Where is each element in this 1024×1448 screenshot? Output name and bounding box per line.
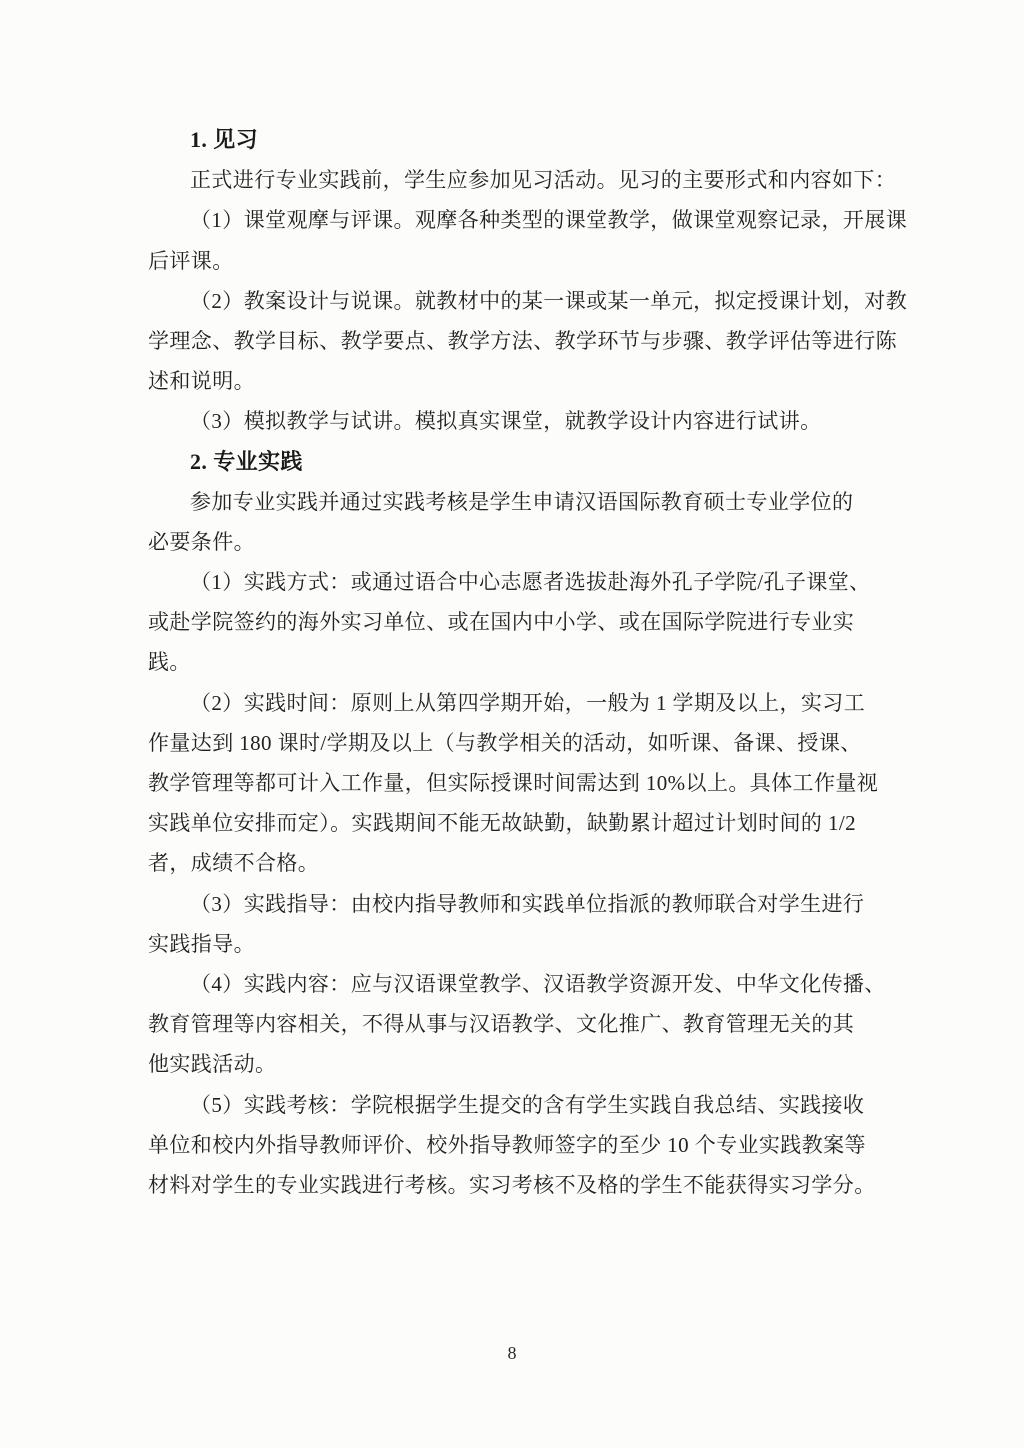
text-line: 实践单位安排而定）。实践期间不能无故缺勤，缺勤累计超过计划时间的 1/2 [148,803,884,843]
document-page: 1. 见习 正式进行专业实践前，学生应参加见习活动。见习的主要形式和内容如下： … [0,0,1024,1448]
text-line: 后评课。 [148,241,884,281]
paragraph: （3）实践指导：由校内指导教师和实践单位指派的教师联合对学生进行 实践指导。 [148,884,884,964]
page-footer: 8 [0,1342,1024,1364]
text-line: 践。 [148,642,884,682]
paragraph: （3）模拟教学与试讲。模拟真实课堂，就教学设计内容进行试讲。 [148,401,884,441]
text-line: （2）实践时间：原则上从第四学期开始，一般为 1 学期及以上，实习工 [148,683,884,723]
text-line: 或赴学院签约的海外实习单位、或在国内中小学、或在国际学院进行专业实 [148,602,884,642]
text-line: 述和说明。 [148,361,884,401]
section-professional-practice: 2. 专业实践 参加专业实践并通过实践考核是学生申请汉语国际教育硕士专业学位的 … [148,442,884,1206]
text-line: （3）实践指导：由校内指导教师和实践单位指派的教师联合对学生进行 [148,884,884,924]
text-line: 教育管理等内容相关，不得从事与汉语教学、文化推广、教育管理无关的其 [148,1004,884,1044]
text-line: 材料对学生的专业实践进行考核。实习考核不及格的学生不能获得实习学分。 [148,1165,884,1205]
paragraph: 参加专业实践并通过实践考核是学生申请汉语国际教育硕士专业学位的 必要条件。 [148,482,884,562]
paragraph: （5）实践考核：学院根据学生提交的含有学生实践自我总结、实践接收 单位和校内外指… [148,1085,884,1206]
text-line: （1）课堂观摩与评课。观摩各种类型的课堂教学，做课堂观察记录，开展课 [148,200,884,240]
text-line: 正式进行专业实践前，学生应参加见习活动。见习的主要形式和内容如下： [148,160,884,200]
section-observation: 1. 见习 正式进行专业实践前，学生应参加见习活动。见习的主要形式和内容如下： … [148,120,884,442]
section-heading: 2. 专业实践 [148,442,884,482]
text-line: 作量达到 180 课时/学期及以上（与教学相关的活动，如听课、备课、授课、 [148,723,884,763]
document-body: 1. 见习 正式进行专业实践前，学生应参加见习活动。见习的主要形式和内容如下： … [148,120,884,1205]
text-line: （4）实践内容：应与汉语课堂教学、汉语教学资源开发、中华文化传播、 [148,964,884,1004]
text-line: （2）教案设计与说课。就教材中的某一课或某一单元，拟定授课计划，对教 [148,281,884,321]
text-line: 他实践活动。 [148,1044,884,1084]
text-line: 单位和校内外指导教师评价、校外指导教师签字的至少 10 个专业实践教案等 [148,1125,884,1165]
text-line: 实践指导。 [148,924,884,964]
text-line: 参加专业实践并通过实践考核是学生申请汉语国际教育硕士专业学位的 [148,482,884,522]
paragraph: （2）实践时间：原则上从第四学期开始，一般为 1 学期及以上，实习工 作量达到 … [148,683,884,884]
text-line: 必要条件。 [148,522,884,562]
paragraph: （1）实践方式：或通过语合中心志愿者选拔赴海外孔子学院/孔子课堂、 或赴学院签约… [148,562,884,683]
paragraph: （4）实践内容：应与汉语课堂教学、汉语教学资源开发、中华文化传播、 教育管理等内… [148,964,884,1085]
paragraph: （1）课堂观摩与评课。观摩各种类型的课堂教学，做课堂观察记录，开展课 后评课。 [148,200,884,280]
paragraph: 正式进行专业实践前，学生应参加见习活动。见习的主要形式和内容如下： [148,160,884,200]
text-line: 学理念、教学目标、教学要点、教学方法、教学环节与步骤、教学评估等进行陈 [148,321,884,361]
paragraph: （2）教案设计与说课。就教材中的某一课或某一单元，拟定授课计划，对教 学理念、教… [148,281,884,402]
section-heading: 1. 见习 [148,120,884,160]
text-line: （3）模拟教学与试讲。模拟真实课堂，就教学设计内容进行试讲。 [148,401,884,441]
text-line: 者，成绩不合格。 [148,843,884,883]
text-line: 教学管理等都可计入工作量，但实际授课时间需达到 10%以上。具体工作量视 [148,763,884,803]
page-number: 8 [508,1343,517,1363]
text-line: （1）实践方式：或通过语合中心志愿者选拔赴海外孔子学院/孔子课堂、 [148,562,884,602]
text-line: （5）实践考核：学院根据学生提交的含有学生实践自我总结、实践接收 [148,1085,884,1125]
